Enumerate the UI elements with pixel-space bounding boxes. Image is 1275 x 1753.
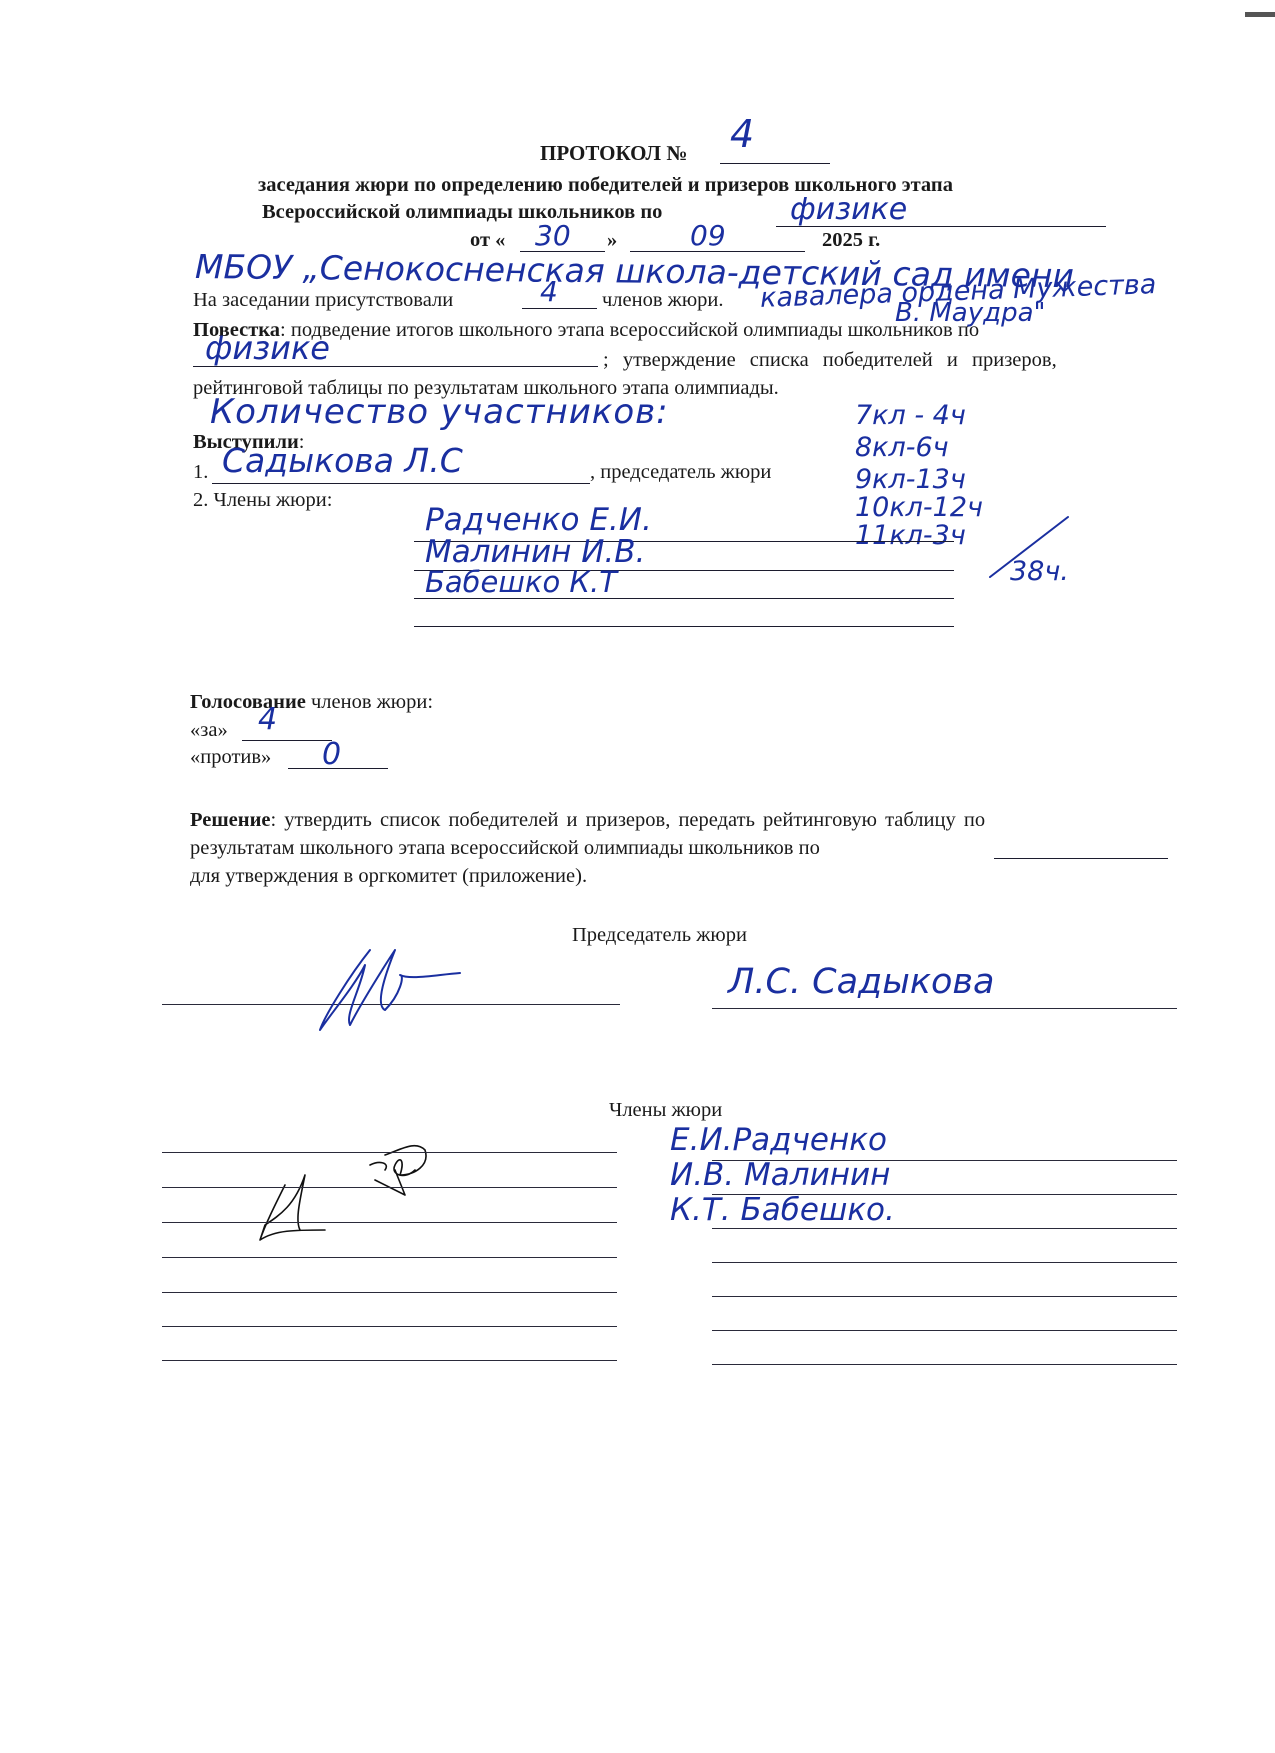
grade-label: 7кл <box>855 400 906 431</box>
chair-signature-heading: Председатель жюри <box>572 925 747 946</box>
participants-total: 38ч. <box>1010 558 1069 585</box>
chair-name-handwritten: Садыкова Л.С <box>222 444 463 477</box>
grade-10: 10кл-12ч <box>855 494 983 521</box>
member-name-line-7[interactable] <box>712 1364 1177 1365</box>
attendance-count: 4 <box>540 278 558 306</box>
member-signed-name-1: Е.И.Радченко <box>670 1125 887 1156</box>
voting-label-rest: членов жюри: <box>306 691 433 713</box>
grade-count: 12ч <box>933 492 983 523</box>
decision-line1: Решение: утвердить список победителей и … <box>190 810 985 831</box>
speaker-item2: 2. Члены жюри: <box>193 490 332 511</box>
agenda-text1: : подведение итогов школьного этапа всер… <box>280 319 979 341</box>
grade-count: 4ч <box>933 400 966 431</box>
agenda-subject: физике <box>205 332 330 364</box>
member-name-2: Малинин И.В. <box>425 537 645 568</box>
attendance-prefix: На заседании присутствовали <box>193 290 453 311</box>
member-sig-line-1[interactable] <box>162 1152 617 1153</box>
vote-against-value: 0 <box>322 740 341 770</box>
vote-for-label: «за» <box>190 720 228 741</box>
date-day: 30 <box>535 222 571 250</box>
chair-name-underline <box>212 483 590 484</box>
member-line-3 <box>414 598 954 599</box>
date-mid: » <box>607 230 617 251</box>
attendance-suffix: членов жюри. <box>602 290 724 311</box>
scan-corner-mark <box>1245 12 1275 17</box>
member-sig-line-7[interactable] <box>162 1360 617 1361</box>
member-name-line-2[interactable] <box>712 1194 1177 1195</box>
member-name-1: Радченко Е.И. <box>425 505 652 536</box>
speaker-item1-number: 1. <box>193 462 208 483</box>
chair-name-line[interactable] <box>712 1008 1177 1009</box>
grade-label: 8кл <box>855 432 906 463</box>
member-line-4 <box>414 626 954 627</box>
decision-line3: для утверждения в оргкомитет (приложение… <box>190 866 587 887</box>
vote-for-value: 4 <box>258 705 277 735</box>
member-signed-name-2: И.В. Малинин <box>670 1160 890 1191</box>
voting-label: Голосование <box>190 691 306 713</box>
grade-label: 10кл <box>855 492 923 523</box>
vote-against-underline <box>288 768 388 769</box>
member-signatures <box>255 1145 475 1245</box>
decision-subject-blank[interactable] <box>994 858 1168 859</box>
protocol-number-underline <box>720 163 830 164</box>
voting-heading: Голосование членов жюри: <box>190 692 433 713</box>
subject-value: физике <box>790 195 907 225</box>
member-sig-line-4[interactable] <box>162 1257 617 1258</box>
agenda-text2: ; утверждение списка победителей и призе… <box>603 350 1057 371</box>
date-year: 2025 г. <box>822 230 880 251</box>
member-sig-line-6[interactable] <box>162 1326 617 1327</box>
member-name-line-4[interactable] <box>712 1262 1177 1263</box>
member-name-line-1[interactable] <box>712 1160 1177 1161</box>
vote-for-underline <box>242 740 332 741</box>
chair-name-signed: Л.С. Садыкова <box>728 965 994 1000</box>
member-name-line-3[interactable] <box>712 1228 1177 1229</box>
vote-against-label: «против» <box>190 747 271 768</box>
grade-label: 9кл <box>855 464 906 495</box>
grade-label: 11кл <box>855 520 923 551</box>
date-month: 09 <box>690 222 726 250</box>
date-prefix: от « <box>470 230 505 251</box>
decision-label: Решение <box>190 809 270 831</box>
decision-text1: : утвердить список победителей и призеро… <box>270 809 985 831</box>
protocol-number: 4 <box>730 115 754 153</box>
member-signed-name-3: К.Т. Бабешко. <box>670 1195 895 1226</box>
members-signature-heading: Члены жюри <box>609 1100 722 1121</box>
member-sig-line-5[interactable] <box>162 1292 617 1293</box>
subject-underline <box>776 226 1106 227</box>
grade-count: 3ч <box>933 520 966 551</box>
member-name-line-6[interactable] <box>712 1330 1177 1331</box>
member-sig-line-2[interactable] <box>162 1187 617 1188</box>
grade-8: 8кл-6ч <box>855 434 949 461</box>
subtitle-line2: Всероссийской олимпиады школьников по <box>262 202 662 223</box>
member-sig-line-3[interactable] <box>162 1222 617 1223</box>
member-name-3: Бабешко К.Т <box>425 568 617 597</box>
grade-7: 7кл - 4ч <box>855 402 966 429</box>
participants-label: Количество участников: <box>210 395 669 429</box>
chair-role: , председатель жюри <box>590 462 771 483</box>
attendance-underline <box>522 308 597 309</box>
grade-count: 6ч <box>916 432 949 463</box>
protocol-title: ПРОТОКОЛ № <box>540 143 687 164</box>
grade-9: 9кл-13ч <box>855 466 966 493</box>
grade-count: 13ч <box>916 464 966 495</box>
agenda-subject-underline <box>193 366 598 367</box>
member-name-line-5[interactable] <box>712 1296 1177 1297</box>
grade-11: 11кл-3ч <box>855 522 966 549</box>
chair-signature <box>315 945 465 1035</box>
decision-line2: результатам школьного этапа всероссийско… <box>190 838 820 859</box>
